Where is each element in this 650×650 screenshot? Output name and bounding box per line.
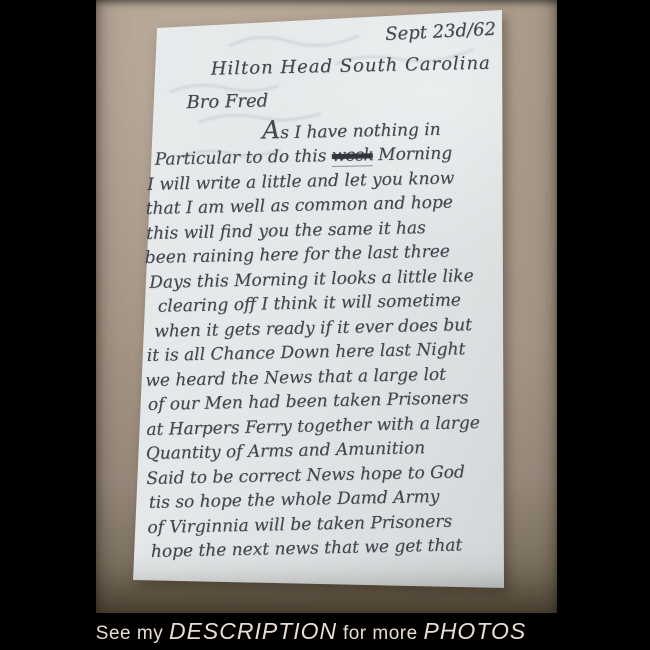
handwritten-text: hope the next news that we get that: [151, 535, 463, 562]
letter-text: Sept 23d/62 Hilton Head South Carolina B…: [142, 23, 507, 565]
handwritten-text: we heard the News that a large lot: [145, 364, 446, 390]
banner-segment: See my: [96, 623, 169, 644]
letter-body: As I have nothing inParticular to do thi…: [144, 113, 507, 564]
letter-heading: Hilton Head South Carolina: [201, 51, 501, 82]
banner-segment: PHOTOS: [423, 618, 526, 644]
handwritten-text: tis so hope the whole Damd Army: [149, 487, 440, 513]
screenshot-root: Sept 23d/62 Hilton Head South Carolina B…: [0, 0, 650, 650]
bottom-banner: See my DESCRIPTION for more PHOTOS: [0, 613, 650, 650]
banner-text: See my DESCRIPTION for more PHOTOS: [96, 618, 526, 645]
handwritten-text: at Harpers Ferry together with a large: [146, 413, 480, 440]
handwritten-text: it is all Chance Down here last Night: [147, 339, 466, 366]
handwritten-text: of our Men had been taken Prisoners: [148, 388, 469, 415]
scribbled-out-word: week: [332, 145, 373, 167]
handwritten-text: been raining here for the last three: [145, 242, 450, 268]
letter-salutation: Bro Fred: [186, 85, 497, 116]
handwritten-text: Morning: [373, 144, 453, 166]
handwritten-text: As I have nothing in: [262, 119, 441, 143]
handwritten-text: of Virginnia will be taken Prisoners: [147, 511, 452, 537]
handwritten-text: clearing off I think it will sometime: [158, 290, 462, 316]
handwritten-text: Particular to do this: [155, 146, 333, 170]
handwritten-text: that I am well as common and hope: [146, 193, 454, 219]
letter-photo: Sept 23d/62 Hilton Head South Carolina B…: [96, 0, 557, 613]
handwritten-text: this will find you the same it has: [146, 218, 426, 244]
banner-segment: DESCRIPTION: [169, 618, 337, 644]
handwritten-text: Quantity of Arms and Amunition: [146, 438, 426, 464]
banner-segment: for more: [337, 623, 423, 644]
